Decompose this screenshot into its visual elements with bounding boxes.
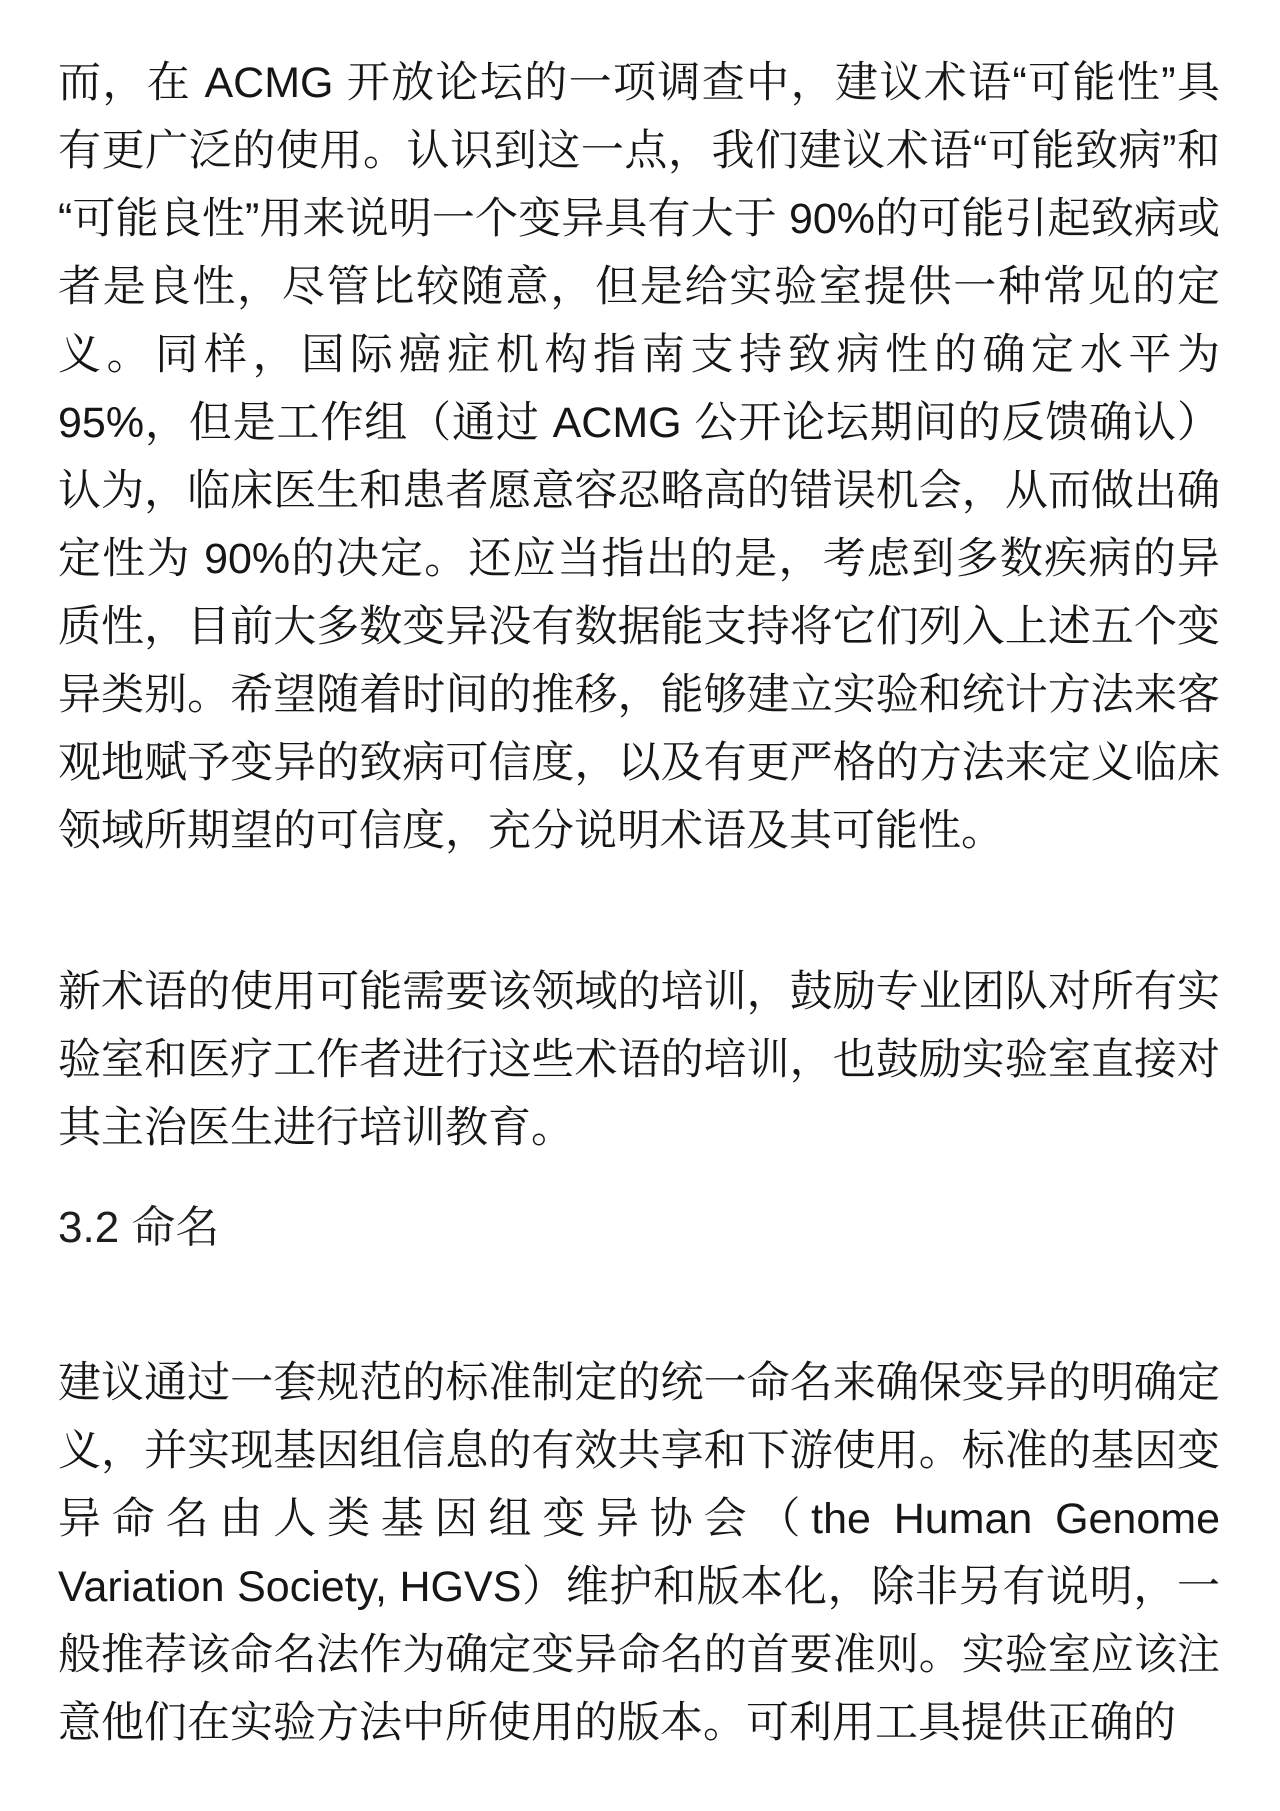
section-heading-naming: 3.2 命名 bbox=[58, 1194, 1220, 1262]
paragraph-terminology: 而，在 ACMG 开放论坛的一项调查中，建议术语“可能性”具有更广泛的使用。认识… bbox=[58, 49, 1220, 865]
document-page: 而，在 ACMG 开放论坛的一项调查中，建议术语“可能性”具有更广泛的使用。认识… bbox=[0, 0, 1280, 1811]
paragraph-nomenclature: 建议通过一套规范的标准制定的统一命名来确保变异的明确定义，并实现基因组信息的有效… bbox=[58, 1349, 1220, 1757]
paragraph-training: 新术语的使用可能需要该领域的培训，鼓励专业团队对所有实验室和医疗工作者进行这些术… bbox=[58, 958, 1220, 1162]
